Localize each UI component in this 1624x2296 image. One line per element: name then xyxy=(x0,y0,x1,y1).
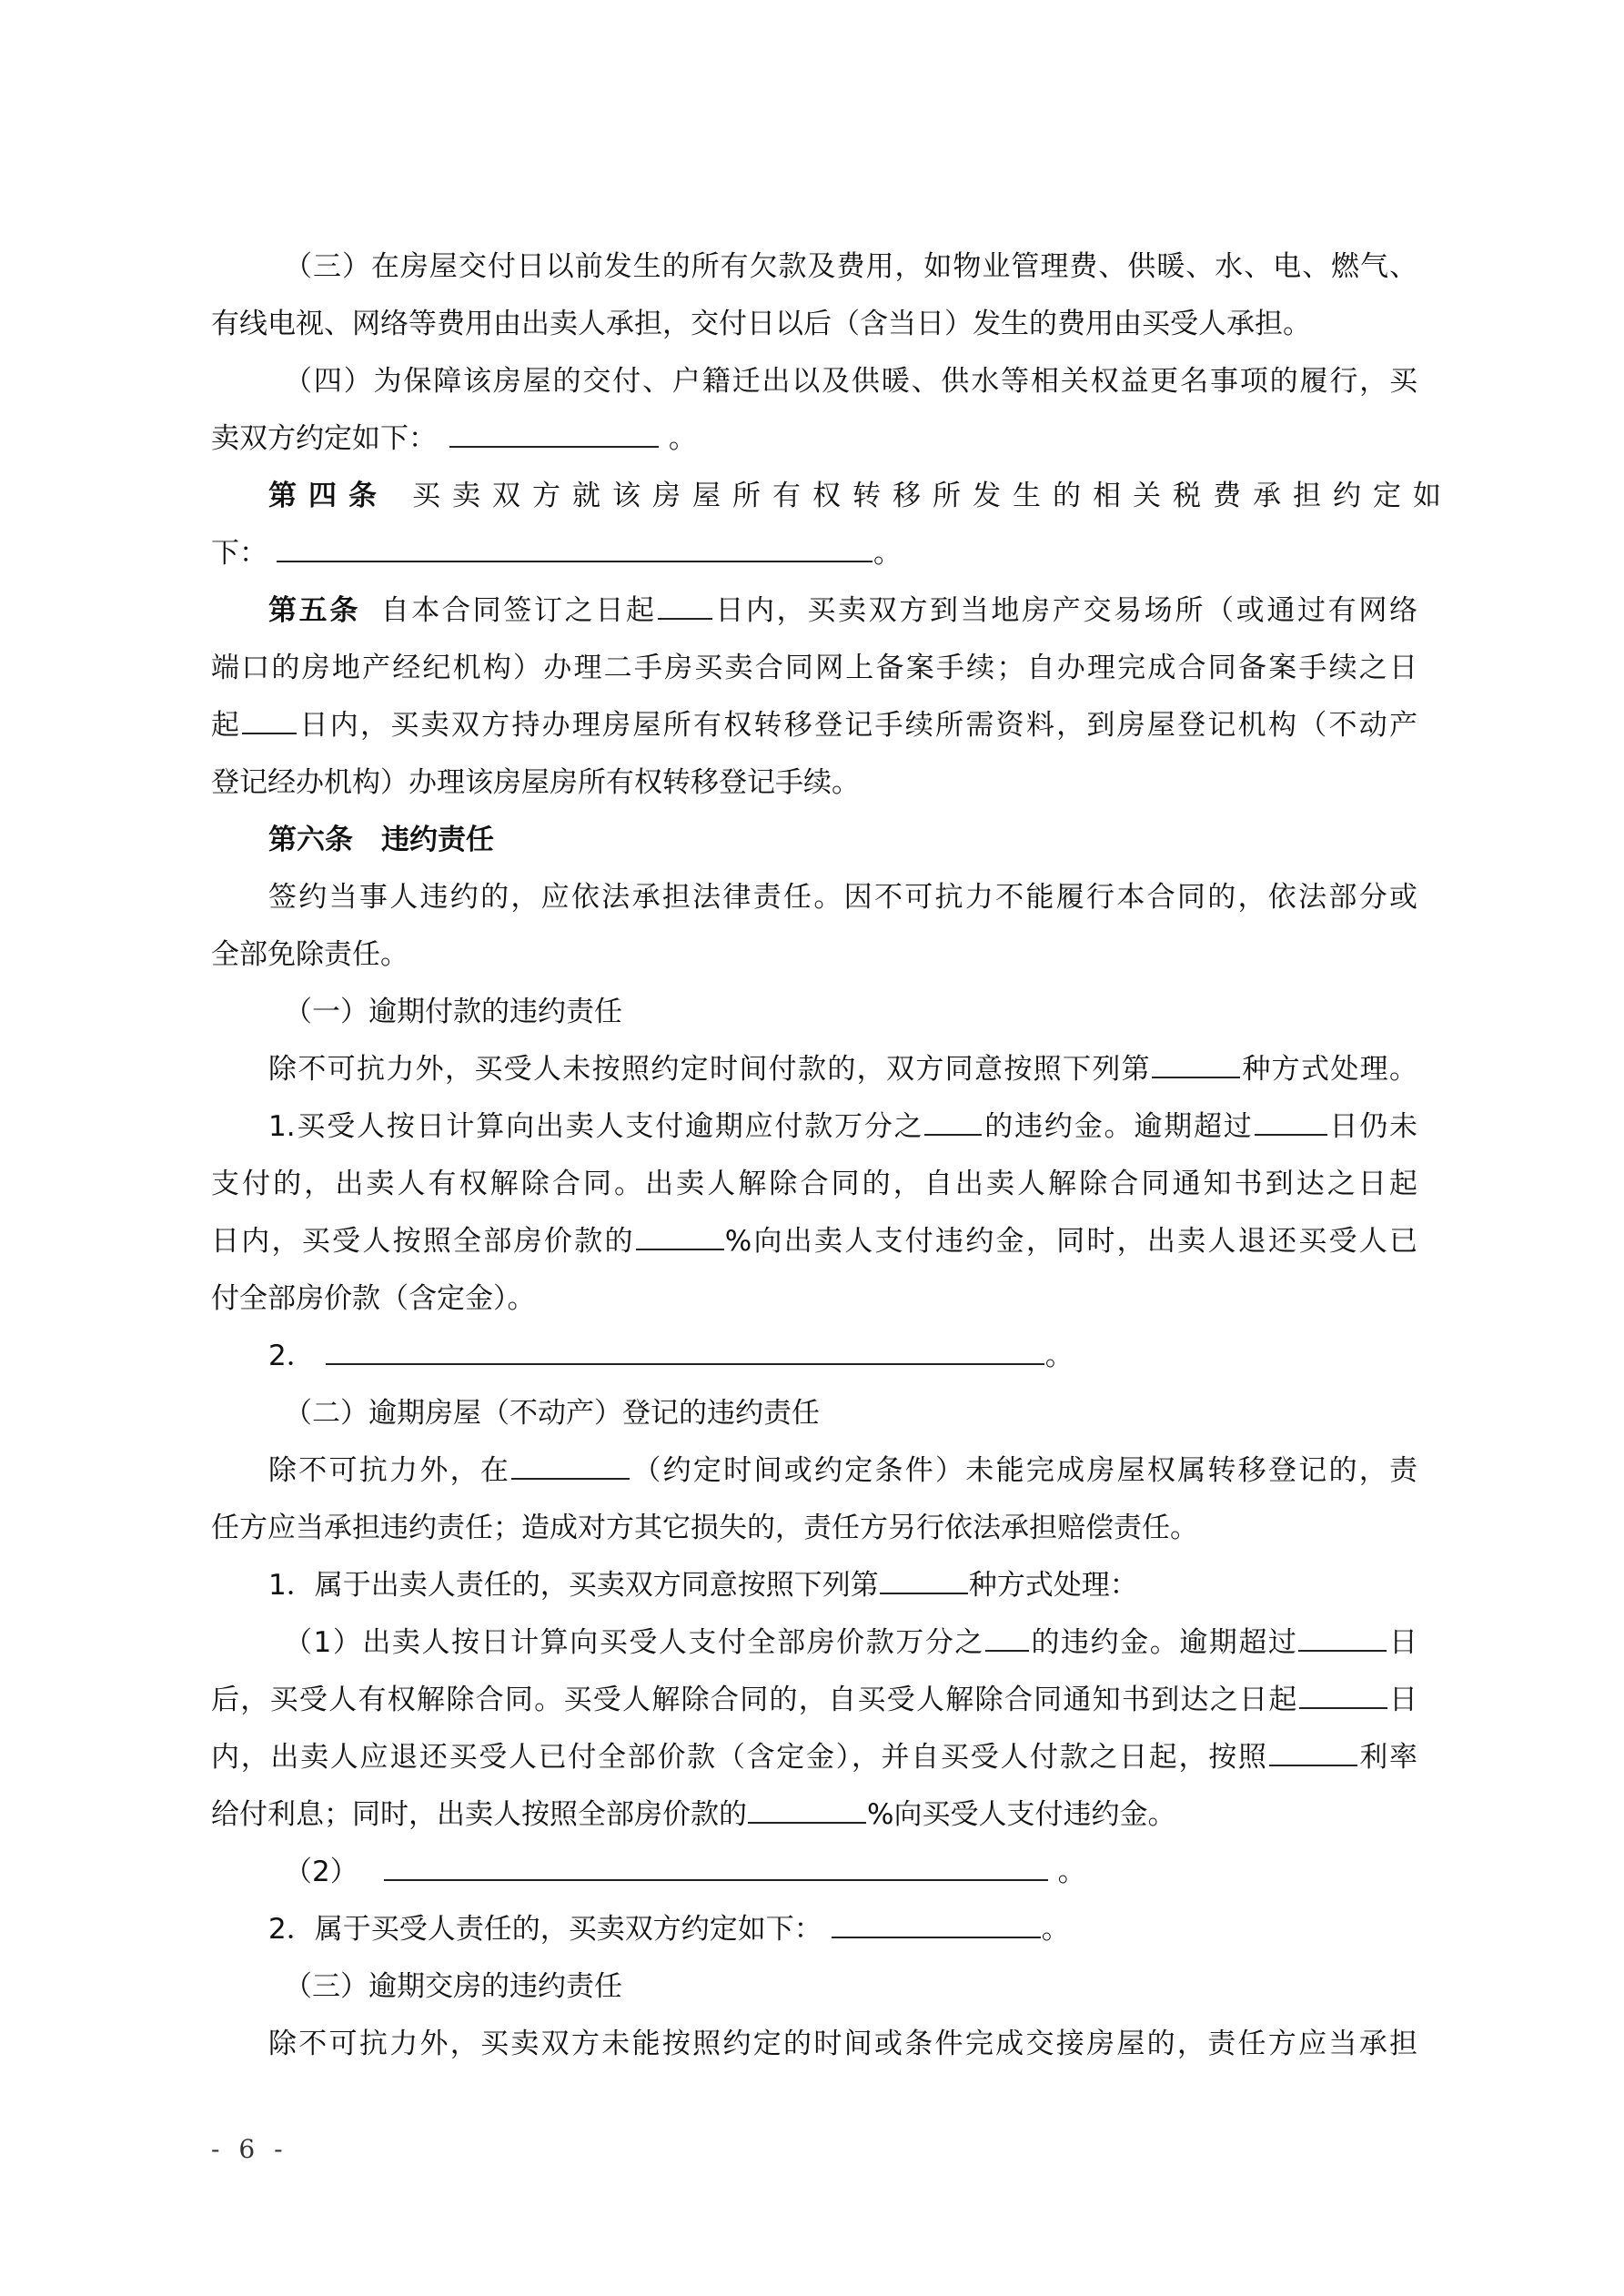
page-number: - 6 - xyxy=(211,2134,288,2164)
clause-3-3-line-2: 有线电视、网络等费用由出卖人承担，交付日以后（含当日）发生的费用由买受人承担。 xyxy=(211,296,1417,353)
blank-field-filing-days[interactable] xyxy=(658,592,712,620)
section-6-2-item-1-1-line-3: 内，出卖人应退还买受人已付全部价款（含定金），并自买受人付款之日起，按照利率 xyxy=(211,1729,1417,1786)
article-5-line-3: 起日内，买卖双方持办理房屋所有权转移登记手续所需资料，到房屋登记机构（不动产 xyxy=(211,697,1417,754)
blank-field-payment-other[interactable] xyxy=(326,1338,1044,1365)
blank-field-seller-penalty-percent[interactable] xyxy=(748,1796,866,1824)
blank-field-buyer-agreement[interactable] xyxy=(832,1911,1041,1938)
article-4-heading: 第四条 xyxy=(268,480,388,512)
blank-field-seller-option[interactable] xyxy=(880,1567,968,1594)
article-5-heading: 第五条 xyxy=(268,594,360,627)
section-6-2-item-1-1-line-2: 后，买受人有权解除合同。买受人解除合同的，自买受人解除合同通知书到达之日起日 xyxy=(211,1672,1417,1729)
clause-3-4-line-2: 卖双方约定如下： 。 xyxy=(211,410,1417,468)
section-6-2-item-1-1-line-1: （1）出卖人按日计算向买受人支付全部房价款万分之的违约金。逾期超过日 xyxy=(211,1614,1417,1672)
blank-field-seller-penalty-rate[interactable] xyxy=(985,1624,1029,1652)
blank-field-payment-option[interactable] xyxy=(1152,1051,1240,1078)
clause-3-4-line-1: （四）为保障该房屋的交付、户籍迁出以及供暖、供水等相关权益更名事项的履行，买 xyxy=(211,353,1417,410)
blank-field-tax-agreement[interactable] xyxy=(277,535,873,562)
blank-field-delivery-agreement[interactable] xyxy=(449,420,659,448)
section-6-2-line-2: 任方应当承担违约责任；造成对方其它损失的，责任方另行依法承担赔偿责任。 xyxy=(211,1500,1417,1557)
section-6-2-line-1: 除不可抗力外，在（约定时间或约定条件）未能完成房屋权属转移登记的，责 xyxy=(211,1442,1417,1500)
section-6-1-item-2: 2．。 xyxy=(211,1328,1417,1385)
contract-body: （三）在房屋交付日以前发生的所有欠款及费用，如物业管理费、供暖、水、电、燃气、 … xyxy=(211,238,1417,2073)
clause-3-3-line-1: （三）在房屋交付日以前发生的所有欠款及费用，如物业管理费、供暖、水、电、燃气、 xyxy=(211,238,1417,296)
article-6-heading: 第六条 违约责任 xyxy=(211,812,1417,869)
section-6-2-item-1-1-line-4: 给付利息；同时，出卖人按照全部房价款的%向买受人支付违约金。 xyxy=(211,1786,1417,1844)
article-6-intro-line-1: 签约当事人违约的，应依法承担法律责任。因不可抗力不能履行本合同的，依法部分或 xyxy=(211,869,1417,926)
article-5-line-2: 端口的房地产经纪机构）办理二手房买卖合同网上备案手续；自办理完成合同备案手续之日 xyxy=(211,640,1417,697)
section-6-1-item-1-line-1: 1.买受人按日计算向出卖人支付逾期应付款万分之的违约金。逾期超过日仍未 xyxy=(211,1098,1417,1156)
section-6-2-heading: （二）逾期房屋（不动产）登记的违约责任 xyxy=(211,1385,1417,1442)
article-5-line-4: 登记经办机构）办理该房屋房所有权转移登记手续。 xyxy=(211,754,1417,812)
article-4-line-1: 第四条买卖双方就该房屋所有权转移所发生的相关税费承担约定如 xyxy=(211,468,1417,525)
blank-field-seller-overdue-days[interactable] xyxy=(1298,1624,1387,1652)
section-6-1-item-1-line-2: 支付的，出卖人有权解除合同。出卖人解除合同的，自出卖人解除合同通知书到达之日起 xyxy=(211,1156,1417,1213)
section-6-2-item-1: 1．属于出卖人责任的，买卖双方同意按照下列第种方式处理： xyxy=(211,1557,1417,1614)
blank-field-interest-rate[interactable] xyxy=(1269,1739,1357,1766)
blank-field-refund-days[interactable] xyxy=(1299,1682,1387,1709)
blank-field-penalty-rate[interactable] xyxy=(924,1108,982,1136)
blank-field-transfer-days[interactable] xyxy=(242,707,297,734)
section-6-2-item-2: 2．属于买受人责任的，买卖双方约定如下：。 xyxy=(211,1901,1417,1958)
document-page: （三）在房屋交付日以前发生的所有欠款及费用，如物业管理费、供暖、水、电、燃气、 … xyxy=(0,0,1624,2296)
section-6-2-item-1-2: （2） 。 xyxy=(211,1844,1417,1901)
blank-field-penalty-percent[interactable] xyxy=(636,1223,724,1250)
blank-field-overdue-days[interactable] xyxy=(1255,1108,1327,1136)
blank-field-seller-other[interactable] xyxy=(384,1854,1048,1881)
section-6-1-item-1-line-3: 日内，买受人按照全部房价款的%向出卖人支付违约金，同时，出卖人退还买受人已 xyxy=(211,1213,1417,1270)
blank-field-registration-deadline[interactable] xyxy=(511,1452,630,1480)
article-4-line-2: 下：。 xyxy=(211,525,1417,582)
section-6-1-item-1-line-4: 付全部房价款（含定金）。 xyxy=(211,1270,1417,1328)
section-6-3-line-1: 除不可抗力外，买卖双方未能按照约定的时间或条件完成交接房屋的，责任方应当承担 xyxy=(211,2016,1417,2073)
article-5-line-1: 第五条自本合同签订之日起日内，买卖双方到当地房产交易场所（或通过有网络 xyxy=(211,582,1417,640)
section-6-1-line-1: 除不可抗力外，买受人未按照约定时间付款的，双方同意按照下列第种方式处理。 xyxy=(211,1041,1417,1098)
section-6-3-heading: （三）逾期交房的违约责任 xyxy=(211,1958,1417,2016)
article-6-intro-line-2: 全部免除责任。 xyxy=(211,926,1417,984)
section-6-1-heading: （一）逾期付款的违约责任 xyxy=(211,984,1417,1041)
